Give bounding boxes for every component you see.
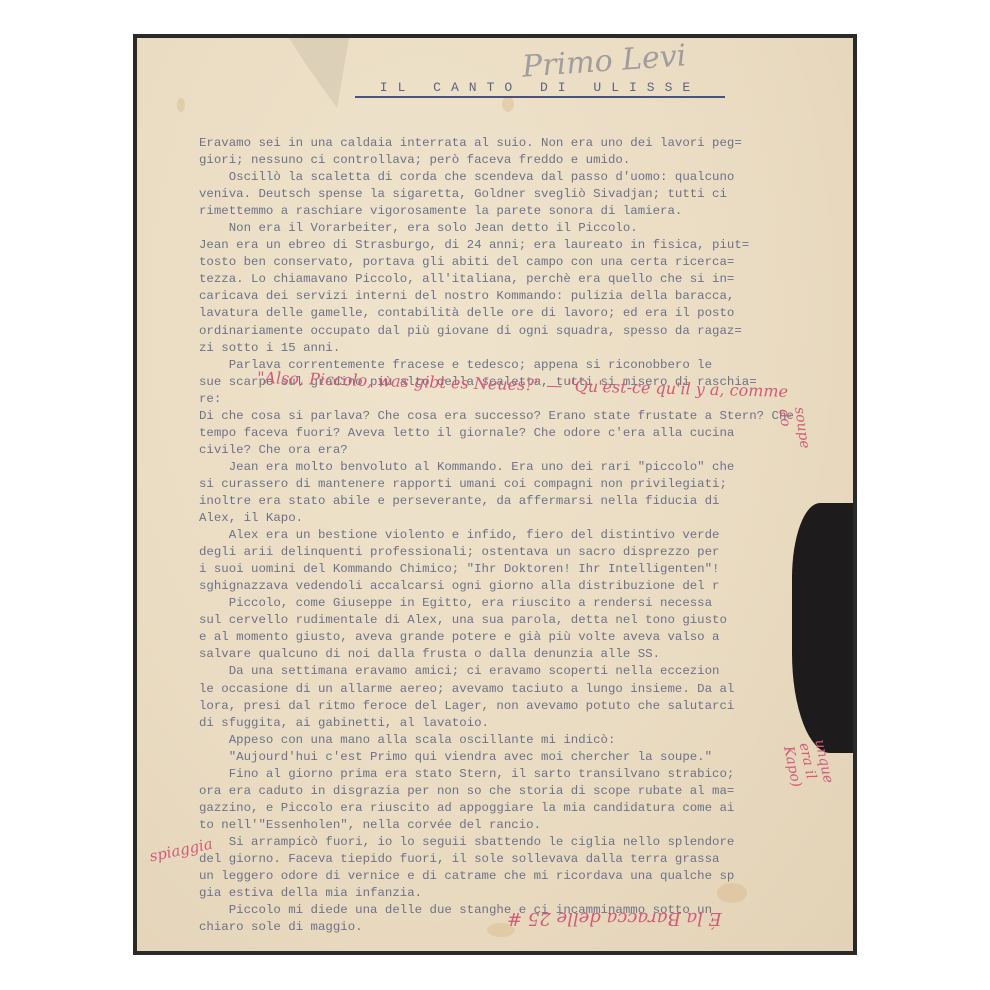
- text-line: rimettemmo a raschiare vigorosamente la …: [199, 203, 829, 220]
- text-line: ora era caduto in disgrazia per non so c…: [199, 783, 829, 800]
- handwritten-margin-note-upper: soupe do: [775, 406, 813, 456]
- text-line: degli arii delinquenti professionali; os…: [199, 544, 829, 561]
- text-line: sul cervello rudimentale di Alex, una su…: [199, 612, 829, 629]
- text-line: Da una settimana eravamo amici; ci erava…: [199, 663, 829, 680]
- text-line: tosto ben conservato, portava gli abiti …: [199, 254, 829, 271]
- stain: [177, 98, 185, 112]
- text-line: salvare qualcuno di noi dalla frusta o d…: [199, 646, 829, 663]
- handwritten-bottom-note: É la Baracca delle 25 #: [507, 908, 722, 929]
- text-line: Alex, il Kapo.: [199, 510, 829, 527]
- text-line: ordinariamente occupato dal più giovane …: [199, 323, 829, 340]
- text-line: Eravamo sei in una caldaia interrata al …: [199, 135, 829, 152]
- text-line: Appeso con una mano alla scala oscillant…: [199, 732, 829, 749]
- text-line: caricava dei servizi interni del nostro …: [199, 288, 829, 305]
- text-line: si curassero di mantenere rapporti umani…: [199, 476, 829, 493]
- text-line: un leggero odore di vernice e di catrame…: [199, 868, 829, 885]
- text-line: tempo faceva fuori? Aveva letto il giorn…: [199, 425, 829, 442]
- stain: [502, 96, 514, 112]
- text-line: e al momento giusto, aveva grande potere…: [199, 629, 829, 646]
- page-title: IL CANTO DI ULISSE: [355, 80, 725, 98]
- text-line: gia estiva della mia infanzia.: [199, 885, 829, 902]
- text-line: i suoi uomini del Kommando Chimico; "Ihr…: [199, 561, 829, 578]
- text-line: to nell'"Essenholen", nella corvée del r…: [199, 817, 829, 834]
- torn-corner-fold: [289, 38, 349, 108]
- text-line: civile? Che ora era?: [199, 442, 829, 459]
- text-line: tezza. Lo chiamavano Piccolo, all'italia…: [199, 271, 829, 288]
- text-line: Alex era un bestione violento e infido, …: [199, 527, 829, 544]
- text-line: le occasione di un allarme aereo; avevam…: [199, 681, 829, 698]
- text-line: giori; nessuno ci controllava; però face…: [199, 152, 829, 169]
- document-body: Eravamo sei in una caldaia interrata al …: [199, 135, 829, 936]
- text-line: gazzino, e Piccolo era riuscito ad appog…: [199, 800, 829, 817]
- text-line: di sfuggita, ai gabinetti, al lavatoio.: [199, 715, 829, 732]
- text-line: inoltre era stato abile e perseverante, …: [199, 493, 829, 510]
- text-line: Si arrampicò fuori, io lo seguii sbatten…: [199, 834, 829, 851]
- text-line: lavatura delle gamelle, contabilità dell…: [199, 305, 829, 322]
- text-line: Jean era un ebreo di Strasburgo, di 24 a…: [199, 237, 829, 254]
- text-line: Non era il Vorarbeiter, era solo Jean de…: [199, 220, 829, 237]
- handwritten-signature: Primo Levi: [521, 38, 687, 84]
- text-line: zi sotto i 15 anni.: [199, 340, 829, 357]
- text-line: "Aujourd'hui c'est Primo qui viendra ave…: [199, 749, 829, 766]
- text-line: del giorno. Faceva tiepido fuori, il sol…: [199, 851, 829, 868]
- text-line: Oscillò la scaletta di corda che scendev…: [199, 169, 829, 186]
- text-line: Jean era molto benvoluto al Kommando. Er…: [199, 459, 829, 476]
- text-line: veniva. Deutsch spense la sigaretta, Gol…: [199, 186, 829, 203]
- text-line: Di che cosa si parlava? Che cosa era suc…: [199, 408, 829, 425]
- text-line: Fino al giorno prima era stato Stern, il…: [199, 766, 829, 783]
- typewritten-page: Primo Levi IL CANTO DI ULISSE Eravamo se…: [137, 38, 853, 951]
- text-line: lora, presi dal ritmo feroce del Lager, …: [199, 698, 829, 715]
- text-line: sghignazzava vedendoli accalcarsi ogni g…: [199, 578, 829, 595]
- text-line: Piccolo, come Giuseppe in Egitto, era ri…: [199, 595, 829, 612]
